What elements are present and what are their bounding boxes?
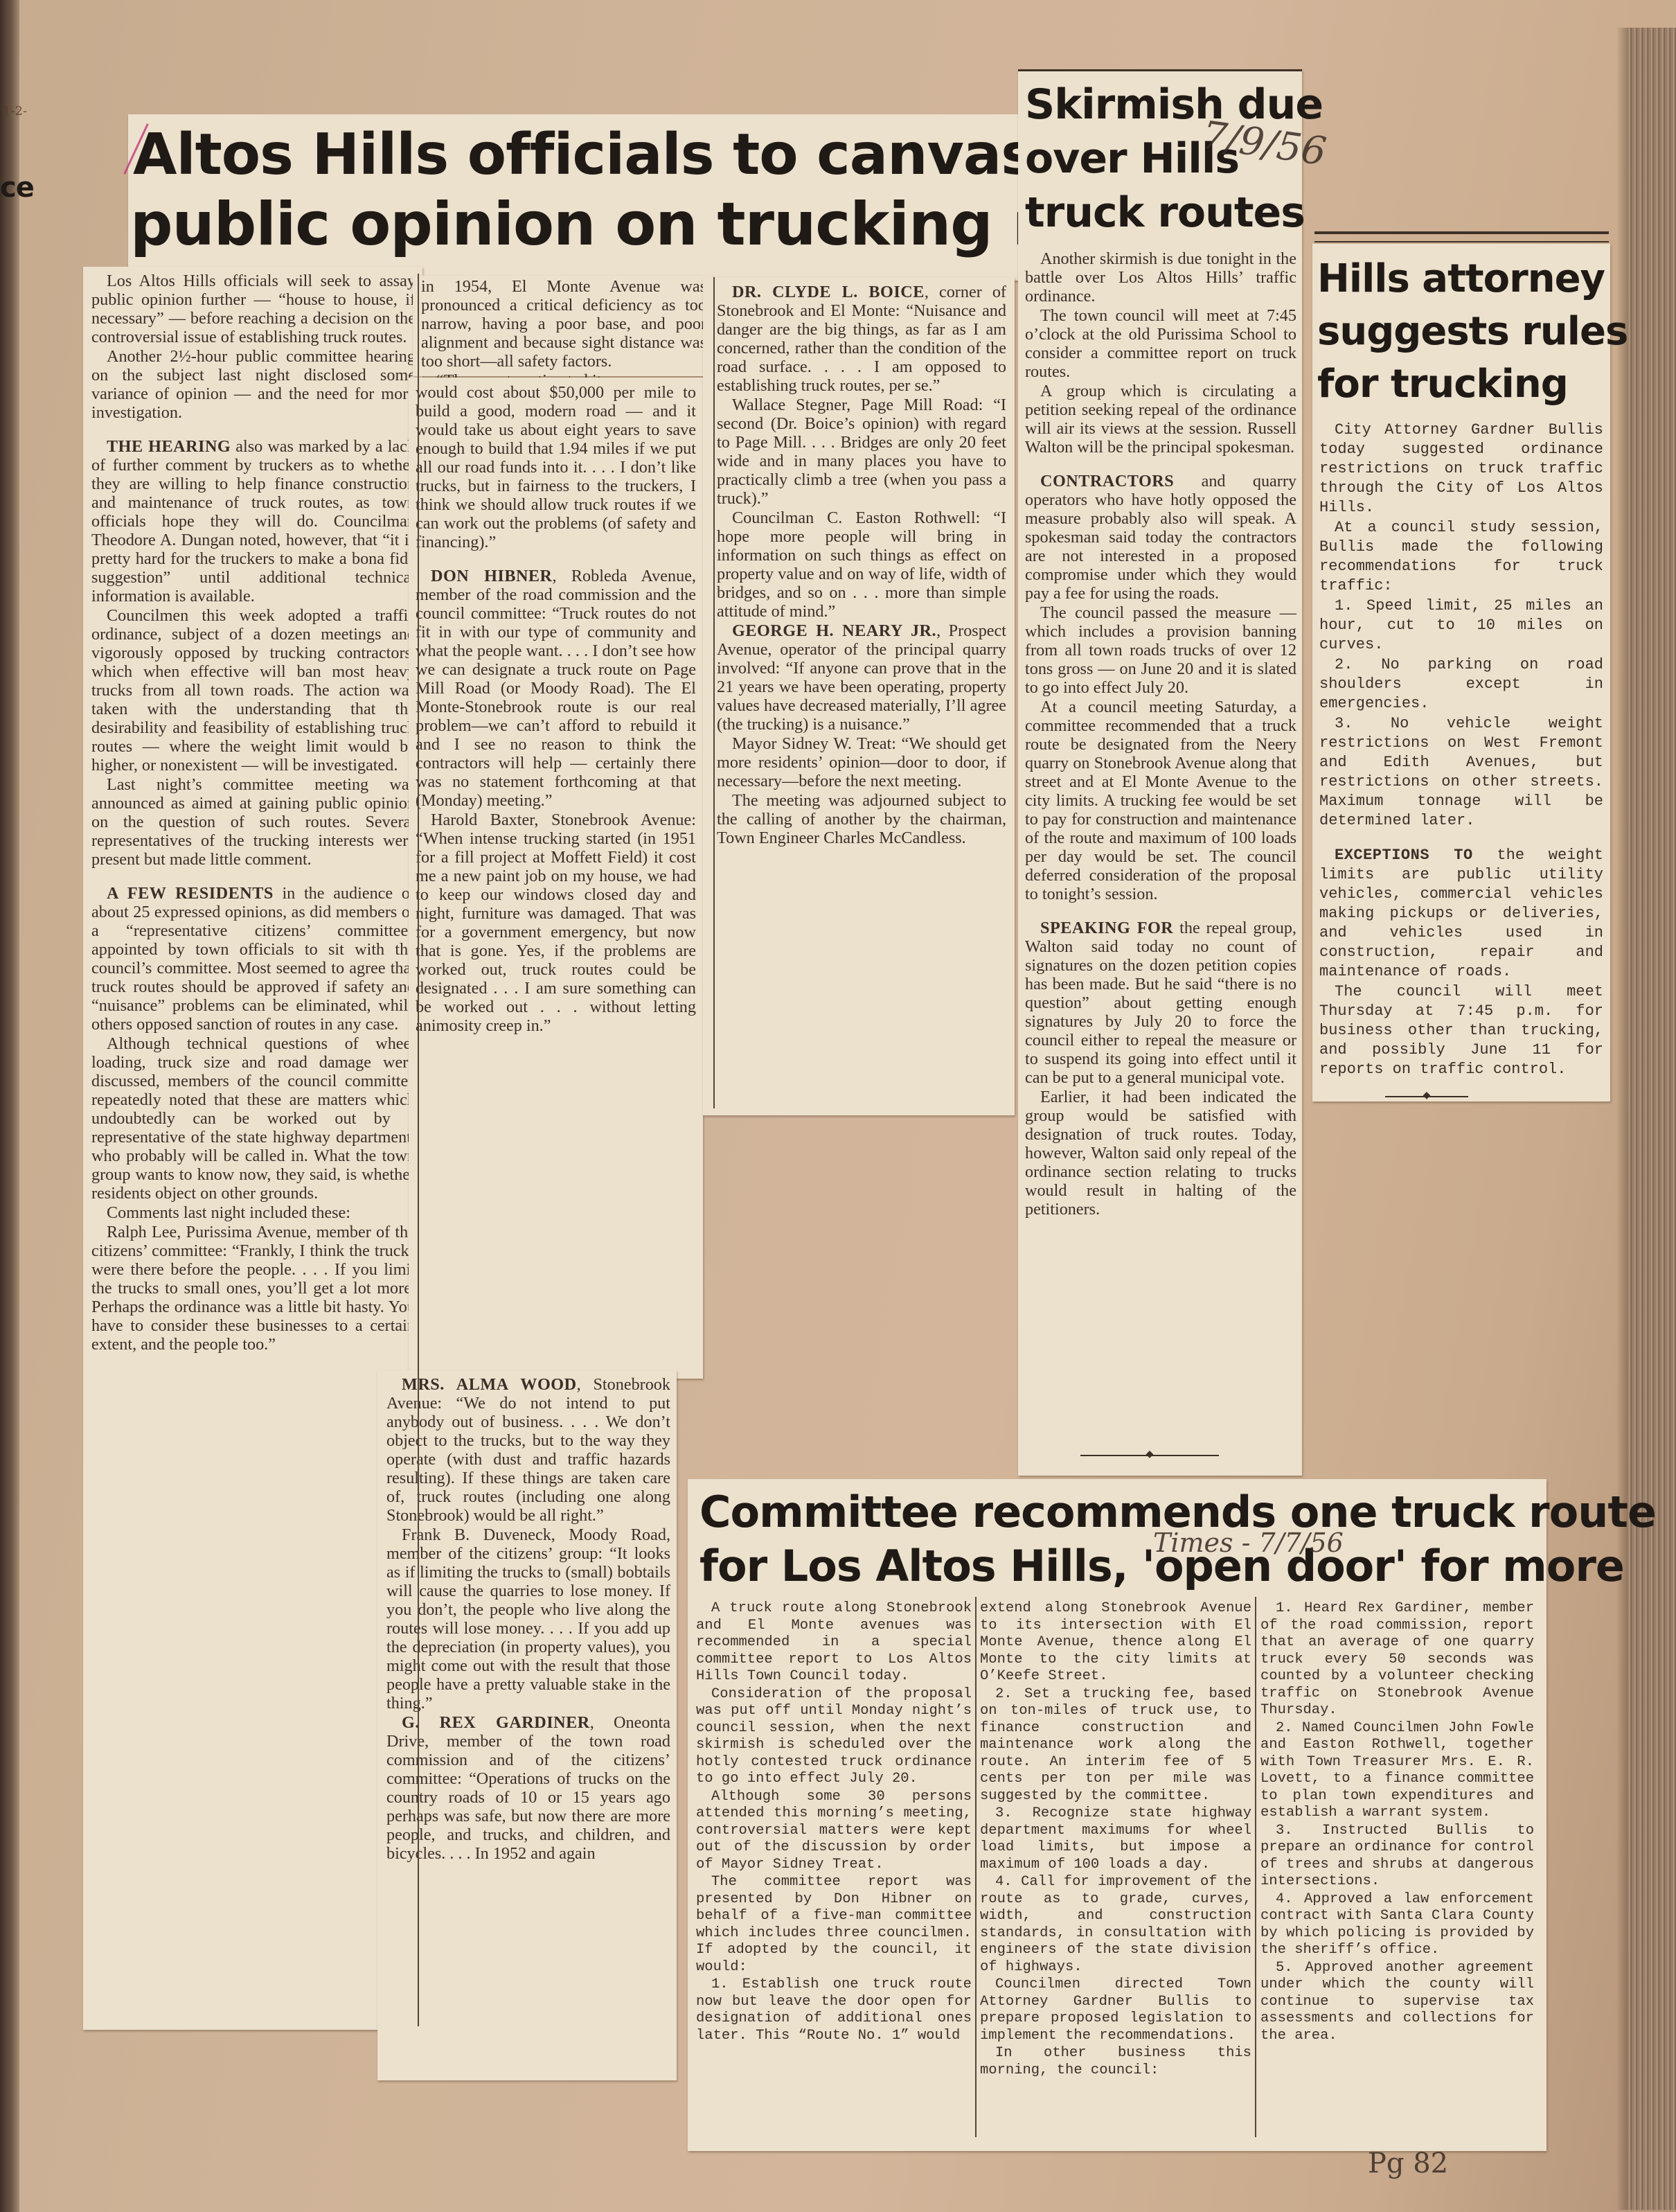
run-in-lead: CONTRACTORS: [1040, 472, 1174, 490]
column-rule: [1255, 1597, 1256, 2137]
binding-edge: [0, 0, 19, 2212]
paragraph: Wallace Stegner, Page Mill Road: “I seco…: [717, 396, 1006, 508]
paragraph: Councilman C. Easton Rothwell: “I hope m…: [717, 508, 1006, 621]
attorney-headline-line3: for trucking: [1317, 358, 1628, 411]
paragraph: The council passed the measure — which i…: [1025, 603, 1296, 697]
paragraph: 1. Heard Rex Gardiner, member of the roa…: [1260, 1600, 1534, 1719]
attorney-headline-line2: suggests rules: [1317, 306, 1628, 358]
page-stack-edges: [1628, 28, 1676, 2210]
page-number: Pg 82: [1368, 2148, 1448, 2179]
paragraph: Los Altos Hills officials will seek to a…: [91, 272, 416, 346]
main-article-column-2-top: in 1954, El Monte Avenue was pronounced …: [421, 277, 706, 390]
paragraph: Ralph Lee, Purissima Avenue, member of t…: [91, 1223, 416, 1354]
paragraph: A truck route along Stonebrook and El Mo…: [696, 1600, 972, 1685]
paragraph: The council will meet Thursday at 7:45 p…: [1319, 982, 1603, 1079]
run-in-lead: MRS. ALMA WOOD: [402, 1375, 577, 1394]
run-in-lead: G. REX GARDINER: [402, 1713, 590, 1732]
margin-scrap-headline: ce: [0, 173, 34, 203]
run-in-lead: DR. CLYDE L. BOICE: [732, 283, 925, 301]
paragraph: Comments last night included these:: [91, 1203, 416, 1222]
paragraph: SPEAKING FOR the repeal group, Walton sa…: [1025, 919, 1296, 1087]
paragraph: CONTRACTORS and quarry operators who hav…: [1025, 472, 1296, 603]
committee-column-1: A truck route along Stonebrook and El Mo…: [696, 1600, 972, 2044]
column-rule: [713, 277, 715, 1108]
paragraph: in 1954, El Monte Avenue was pronounced …: [421, 277, 706, 371]
paragraph: would cost about $50,000 per mile to bui…: [416, 383, 696, 551]
paragraph: Another skirmish is due tonight in the b…: [1025, 249, 1296, 306]
main-article-column-2-bottom: MRS. ALMA WOOD, Stonebrook Avenue: “We d…: [386, 1375, 670, 1863]
main-article-column-3: DR. CLYDE L. BOICE, corner of Stonebrook…: [717, 283, 1006, 847]
paragraph: 3. No vehicle weight restrictions on Wes…: [1319, 714, 1603, 831]
paragraph: 4. Call for improvement of the route as …: [980, 1874, 1251, 1976]
skirmish-body: Another skirmish is due tonight in the b…: [1025, 249, 1296, 1219]
paragraph: G. REX GARDINER, Oneonta Drive, member o…: [386, 1713, 670, 1863]
main-headline-line1: Altos Hills officials to canvass: [133, 125, 1067, 186]
paragraph: The meeting was adjourned subject to the…: [717, 791, 1006, 847]
paragraph: City Attorney Gardner Bullis today sugge…: [1319, 421, 1603, 517]
paragraph: 4. Approved a law enforcement contract w…: [1260, 1891, 1534, 1959]
paragraph: 2. Set a trucking fee, based on ton-mile…: [980, 1686, 1251, 1805]
run-in-lead: SPEAKING FOR: [1040, 919, 1173, 937]
top-rule: [1018, 69, 1302, 71]
paragraph: Another 2½-hour public committee hearing…: [91, 347, 416, 422]
paragraph: DR. CLYDE L. BOICE, corner of Stonebrook…: [717, 283, 1006, 395]
paragraph: Harold Baxter, Stonebrook Avenue: “When …: [416, 811, 696, 1035]
paragraph: 1. Establish one truck route now but lea…: [696, 1976, 972, 2044]
scrapbook-page: 1-2- ce Altos Hills officials to canvass…: [0, 0, 1676, 2212]
top-rule-thin: [1314, 241, 1609, 242]
paragraph: Councilmen directed Town Attorney Gardne…: [980, 1976, 1251, 2044]
run-in-lead: EXCEPTIONS TO: [1335, 847, 1473, 864]
run-in-lead: A FEW RESIDENTS: [107, 884, 274, 903]
handwritten-source-note: Times - 7/7/56: [1153, 1528, 1344, 1558]
paragraph: Earlier, it had been indicated the group…: [1025, 1088, 1296, 1219]
top-rule-thick: [1314, 231, 1609, 234]
paragraph: Consideration of the proposal was put of…: [696, 1686, 972, 1788]
paragraph: 5. Approved another agreement under whic…: [1260, 1960, 1534, 2045]
main-article-column-1: Los Altos Hills officials will seek to a…: [91, 272, 416, 1354]
paragraph: Frank B. Duveneck, Moody Road, member of…: [386, 1525, 670, 1713]
paragraph: The committee report was presented by Do…: [696, 1874, 972, 1976]
paragraph: In other business this morning, the coun…: [980, 2045, 1251, 2079]
committee-column-3: 1. Heard Rex Gardiner, member of the roa…: [1260, 1600, 1534, 2044]
paragraph: THE HEARING also was marked by a lack of…: [91, 437, 416, 605]
end-ornament: [1080, 1455, 1219, 1456]
run-in-lead: GEORGE H. NEARY JR.: [732, 621, 936, 640]
paragraph: DON HIBNER, Robleda Avenue, member of th…: [416, 567, 696, 810]
column-rule: [418, 274, 419, 2026]
paragraph: Mayor Sidney W. Treat: “We should get mo…: [717, 734, 1006, 790]
run-in-lead: THE HEARING: [107, 437, 231, 456]
run-in-lead: DON HIBNER: [431, 567, 553, 585]
paragraph: 2. Named Councilmen John Fowle and Easto…: [1260, 1720, 1534, 1822]
margin-scrap-text: 1-2-: [3, 104, 27, 118]
paragraph: A FEW RESIDENTS in the audience of about…: [91, 884, 416, 1034]
paragraph: A group which is circulating a petition …: [1025, 382, 1296, 457]
paragraph: Although technical questions of wheel lo…: [91, 1034, 416, 1203]
paragraph: Last night’s committee meeting was annou…: [91, 775, 416, 869]
attorney-headline-line1: Hills attorney: [1317, 253, 1628, 306]
paragraph: 1. Speed limit, 25 miles an hour, cut to…: [1319, 596, 1603, 655]
attorney-headline: Hills attorney suggests rules for trucki…: [1317, 253, 1628, 411]
paragraph: The town council will meet at 7:45 o’clo…: [1025, 306, 1296, 381]
paragraph: 3. Recognize state highway department ma…: [980, 1805, 1251, 1873]
attorney-body: City Attorney Gardner Bullis today sugge…: [1319, 421, 1603, 1079]
end-ornament: [1385, 1096, 1468, 1097]
paragraph: Although some 30 persons attended this m…: [696, 1789, 972, 1874]
paragraph: MRS. ALMA WOOD, Stonebrook Avenue: “We d…: [386, 1375, 670, 1525]
main-article-column-2: would cost about $50,000 per mile to bui…: [416, 383, 696, 1035]
paragraph: extend along Stonebrook Avenue to its in…: [980, 1600, 1251, 1685]
committee-column-2: extend along Stonebrook Avenue to its in…: [980, 1600, 1251, 2079]
paragraph: Councilmen this week adopted a traffic o…: [91, 606, 416, 775]
paragraph: At a council study session, Bullis made …: [1319, 518, 1603, 596]
paragraph: EXCEPTIONS TO the weight limits are publ…: [1319, 846, 1603, 982]
paragraph: 2. No parking on road shoulders except i…: [1319, 655, 1603, 714]
column-rule: [975, 1597, 977, 2137]
skirmish-headline-line3: truck routes: [1025, 186, 1323, 240]
paragraph: GEORGE H. NEARY JR., Prospect Avenue, op…: [717, 621, 1006, 734]
paragraph: At a council meeting Saturday, a committ…: [1025, 698, 1296, 903]
paragraph: 3. Instructed Bullis to prepare an ordin…: [1260, 1823, 1534, 1891]
